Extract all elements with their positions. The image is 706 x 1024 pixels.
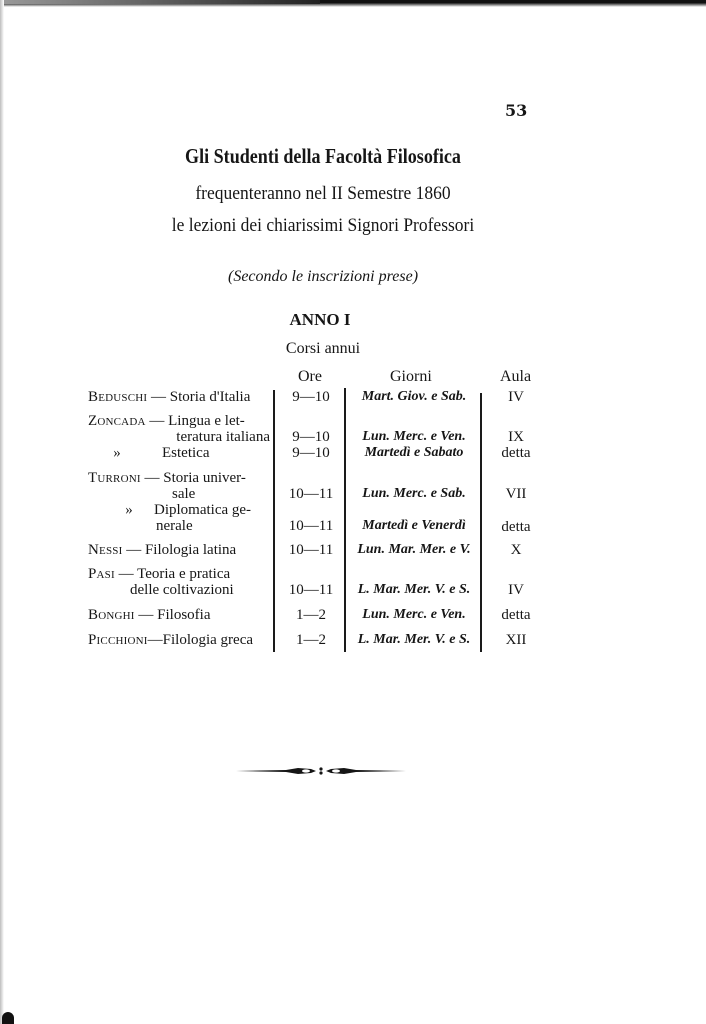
- room-cell: X: [486, 542, 546, 558]
- professor-name: Turroni: [88, 470, 141, 486]
- course-cell: »Diplomatica ge-: [88, 502, 273, 518]
- course-cell: Nessi — Filologia latina: [88, 542, 273, 558]
- course-name-line-1: Diplomatica ge-: [154, 502, 251, 518]
- hours-cell: 1—2: [280, 607, 342, 623]
- days-cell: Lun. Merc. e Sab.: [349, 486, 479, 502]
- separator: —: [148, 632, 163, 648]
- subtitle-line-2: le lezioni dei chiarissimi Signori Profe…: [26, 215, 620, 237]
- course-name: Filologia latina: [145, 542, 236, 558]
- page-top-edge-fade: [0, 0, 320, 4]
- course-name-line-2: nerale: [156, 518, 226, 534]
- course-cell: Picchioni—Filologia greca: [88, 632, 273, 648]
- days-cell: Mart. Giov. e Sab.: [349, 389, 479, 405]
- separator: —: [135, 607, 158, 623]
- column-header-giorni: Giorni: [390, 368, 432, 386]
- column-header-ore: Ore: [298, 368, 322, 386]
- hours-cell: 1—2: [280, 632, 342, 648]
- course-name-line-1: Teoria e pratica: [137, 566, 230, 582]
- separator: —: [115, 566, 137, 582]
- decorative-rule-ornament-icon: [236, 765, 406, 777]
- room-cell: IV: [486, 389, 546, 405]
- room-cell: XII: [486, 632, 546, 648]
- inscriptions-note: (Secondo le inscrizioni prese): [0, 268, 646, 286]
- page-number: 53: [505, 101, 527, 120]
- room-cell: IV: [486, 582, 546, 598]
- days-cell: Lun. Merc. e Ven.: [349, 607, 479, 623]
- separator: —: [141, 470, 164, 486]
- subtitle-line-1: frequenteranno nel II Semestre 1860: [26, 183, 620, 205]
- course-name: Filologia greca: [163, 632, 253, 648]
- course-name: Estetica: [162, 445, 209, 461]
- hours-cell: 9—10: [280, 445, 342, 461]
- hours-cell: 10—11: [280, 486, 342, 502]
- course-cell: Turroni — Storia univer-: [88, 470, 273, 486]
- hours-cell: 10—11: [280, 518, 342, 534]
- page-title: Gli Studenti della Facoltà Filosofica: [45, 144, 601, 169]
- course-name-line-2: sale: [172, 486, 232, 502]
- professor-name: Bonghi: [88, 607, 135, 623]
- separator: —: [146, 413, 169, 429]
- course-cell: Beduschi — Storia d'Italia: [88, 389, 273, 405]
- course-cell: Zoncada — Lingua e let-: [88, 413, 273, 429]
- course-name-line-2: delle coltivazioni: [130, 582, 270, 598]
- course-name-line-1: Lingua e let-: [168, 413, 245, 429]
- column-rule-1: [273, 390, 275, 652]
- ditto-mark: »: [102, 445, 132, 461]
- room-cell: detta: [486, 445, 546, 461]
- course-cell: Bonghi — Filosofia: [88, 607, 273, 623]
- room-cell: detta: [486, 607, 546, 623]
- hours-cell: 9—10: [280, 389, 342, 405]
- days-cell: Martedì e Venerdì: [349, 518, 479, 534]
- column-header-aula: Aula: [500, 368, 531, 386]
- professor-name: Picchioni: [88, 632, 148, 648]
- course-name: Filosofia: [157, 607, 210, 623]
- subsection-heading: Corsi annui: [0, 340, 646, 358]
- hours-cell: 10—11: [280, 582, 342, 598]
- section-heading: ANNO I: [0, 310, 640, 330]
- days-cell: L. Mar. Mer. V. e S.: [349, 632, 479, 648]
- course-cell: »Estetica: [88, 445, 273, 461]
- separator: —: [122, 542, 145, 558]
- professor-name: Beduschi: [88, 389, 147, 405]
- days-cell: Lun. Mar. Mer. e V.: [349, 542, 479, 558]
- room-cell: detta: [486, 519, 546, 535]
- days-cell: Lun. Merc. e Ven.: [349, 429, 479, 445]
- course-name-line-1: Storia univer-: [163, 470, 246, 486]
- hours-cell: 10—11: [280, 542, 342, 558]
- column-rule-2: [344, 388, 346, 652]
- ditto-mark: »: [114, 502, 144, 518]
- course-name-line-2: teratura italiana: [88, 429, 270, 445]
- professor-name: Pasi: [88, 566, 115, 582]
- hours-cell: 9—10: [280, 429, 342, 445]
- days-cell: Martedì e Sabato: [349, 445, 479, 461]
- separator: —: [147, 389, 170, 405]
- professor-name: Zoncada: [88, 413, 146, 429]
- room-cell: VII: [486, 486, 546, 502]
- page-left-edge: [0, 0, 4, 1024]
- course-cell: Pasi — Teoria e pratica: [88, 566, 273, 582]
- room-cell: IX: [486, 429, 546, 445]
- column-rule-3: [480, 393, 482, 652]
- corner-ink-blot: [2, 1012, 14, 1024]
- course-name: Storia d'Italia: [170, 389, 251, 405]
- professor-name: Nessi: [88, 542, 122, 558]
- days-cell: L. Mar. Mer. V. e S.: [349, 582, 479, 598]
